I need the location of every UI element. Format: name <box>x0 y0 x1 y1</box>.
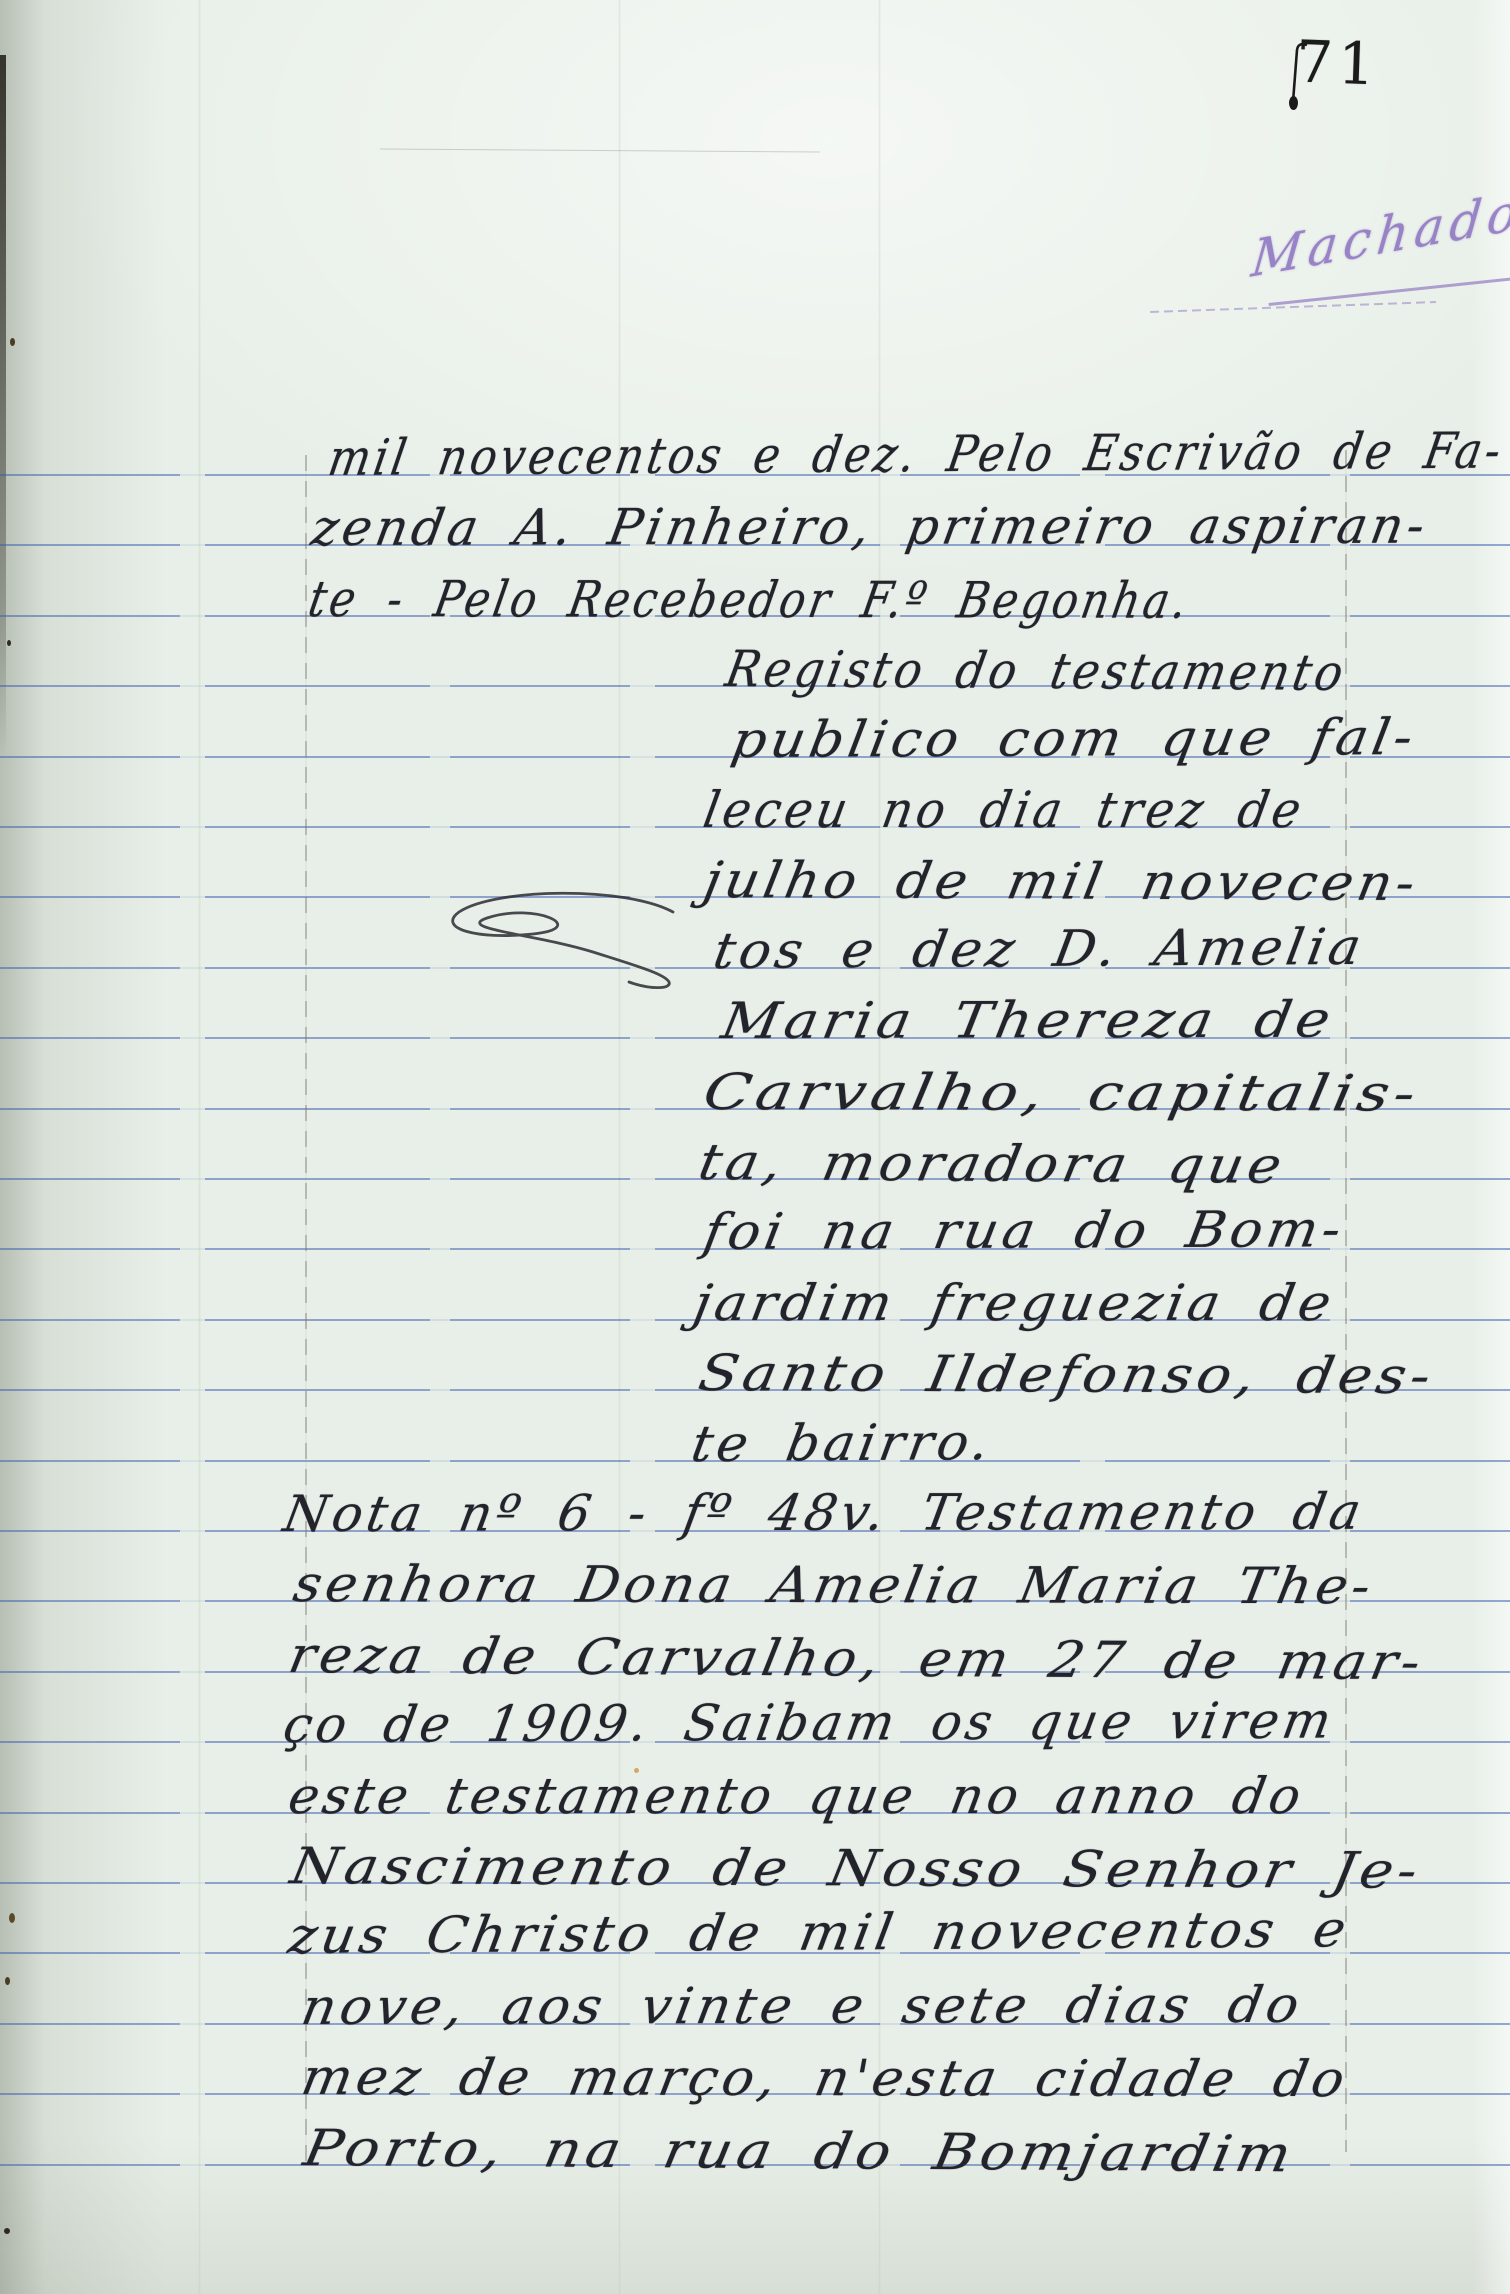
manuscript-line: te bairro. <box>688 1417 997 1469</box>
manuscript-line: Registo do testamento <box>722 644 1351 698</box>
manuscript-line: zus Christo de mil novecentos e <box>285 1905 1354 1962</box>
manuscript-line: senhora Dona Amelia Maria The- <box>290 1559 1379 1611</box>
manuscript-line: ço de 1909. Saibam os que virem <box>280 1696 1339 1750</box>
manuscript-line: mil novecentos e dez. Pelo Escrivão de F… <box>325 426 1508 483</box>
manuscript-line: Nascimento de Nosso Senhor Je- <box>287 1841 1426 1896</box>
manuscript-line: este testamento que no anno do <box>285 1771 1308 1821</box>
manuscript-line: ta, moradora que <box>695 1137 1290 1191</box>
manuscript-line: Porto, na rua do Bomjardim <box>300 2123 1299 2179</box>
manuscript-line: julho de mil novecen- <box>700 855 1423 908</box>
manuscript-line: mez de março, n'esta cidade do <box>298 2052 1353 2104</box>
manuscript: mil novecentos e dez. Pelo Escrivão de F… <box>0 0 1510 2294</box>
manuscript-line: nove, aos vinte e sete dias do <box>298 1980 1307 2032</box>
manuscript-line: foi na rua do Bom- <box>700 1205 1349 1258</box>
manuscript-line: reza de Carvalho, em 27 de mar- <box>285 1630 1429 1687</box>
manuscript-line: leceu no dia trez de <box>700 785 1308 835</box>
manuscript-line: zenda A. Pinheiro, primeiro aspiran- <box>308 501 1432 553</box>
manuscript-line: tos e dez D. Amelia <box>710 922 1369 976</box>
manuscript-line: Santo Ildefonso, des- <box>695 1348 1439 1401</box>
manuscript-line: Nota nº 6 - fº 48v. Testamento da <box>280 1487 1369 1539</box>
manuscript-line: Carvalho, capitalis- <box>700 1067 1424 1118</box>
manuscript-line: Maria Thereza de <box>718 995 1338 1046</box>
manuscript-line: te - Pelo Recebedor F.º Begonha. <box>305 574 1194 626</box>
manuscript-line: publico com que fal- <box>728 712 1421 765</box>
manuscript-line: jardim freguezia de <box>690 1278 1339 1328</box>
page: 71 Machado mil novecentos e dez. Pelo Es… <box>0 0 1510 2294</box>
